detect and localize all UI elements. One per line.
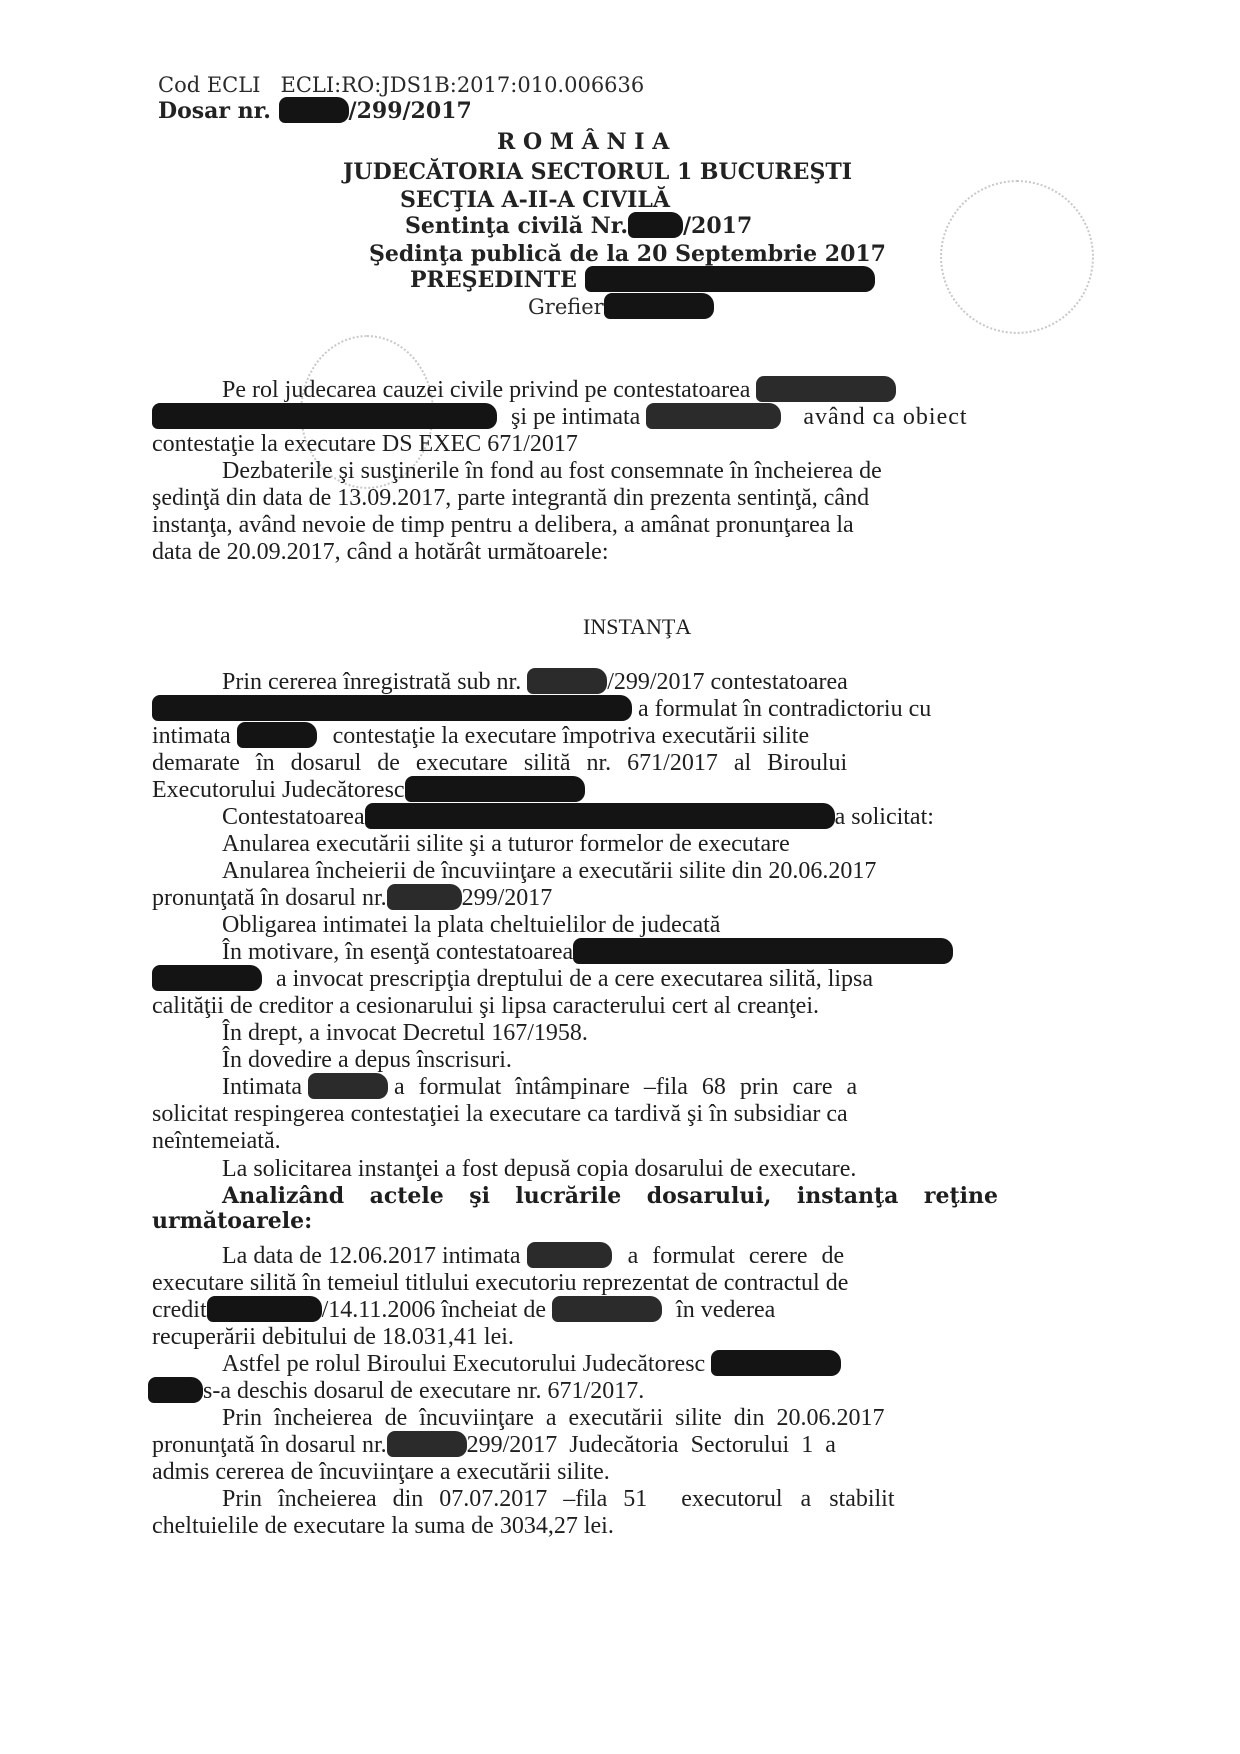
body-line: Prin cererea înregistrată sub nr. /299/2… [222,668,848,696]
ecli-label: Cod ECLI [158,73,260,97]
dosar-line: Dosar nr. /299/2017 [158,97,472,125]
court-name: JUDECĂTORIA SECTORUL 1 BUCUREŞTI [343,158,852,186]
redaction [527,1242,612,1268]
body-line: a invocat prescripţia dreptului de a cer… [152,965,873,993]
clerk: Grefier [528,293,714,320]
session-date: Şedinţa publică de la 20 Septembrie 2017 [369,240,886,268]
redaction [207,1296,322,1322]
redaction [237,722,317,748]
redaction [573,938,953,964]
redaction [585,266,875,292]
body-line: s-a deschis dosarul de executare nr. 671… [148,1377,644,1405]
body-line: recuperării debitului de 18.031,41 lei. [152,1323,514,1351]
body-line: În drept, a invocat Decretul 167/1958. [222,1019,588,1047]
intro-p2-line-2: şedinţă din data de 13.09.2017, parte in… [152,484,869,512]
dosar-suffix: /299/2017 [349,98,472,124]
redaction [365,803,835,829]
body-line: calităţii de creditor a cesionarului şi … [152,992,819,1020]
body-line: a formulat în contradictoriu cu [152,695,931,723]
redaction [279,97,349,123]
redaction [148,1377,203,1403]
redaction [387,1431,467,1457]
body-line: cheltuielile de executare la suma de 303… [152,1512,614,1540]
country-title: R O M Â N I A [497,128,669,156]
intro-p2-line-3: instanţa, având nevoie de timp pentru a … [152,511,854,539]
body-line: Astfel pe rolul Biroului Executorului Ju… [222,1350,841,1378]
redaction [387,884,462,910]
redaction [152,965,262,991]
body-line: solicitat respingerea contestaţiei la ex… [152,1100,848,1128]
redaction [308,1073,388,1099]
body-line: admis cererea de încuviinţare a executăr… [152,1458,610,1486]
request-2-cont: pronunţată în dosarul nr.299/2017 [152,884,552,912]
redaction [628,212,683,238]
redaction [527,668,607,694]
analysis-heading-cont: următoarele: [152,1207,312,1235]
body-line: demarate în dosarul de executare silită … [152,749,847,777]
body-line: Intimata a formulat întâmpinare –fila 68… [222,1073,857,1101]
body-line: Prin încheierea de încuviinţare a execut… [222,1404,884,1432]
intro-line-3: contestaţie la executare DS EXEC 671/201… [152,430,578,458]
ecli-line: Cod ECLI ECLI:RO:JDS1B:2017:010.006636 [158,72,644,98]
redaction [646,403,781,429]
request-1: Anularea executării silite şi a tuturor … [222,830,790,858]
body-line: La data de 12.06.2017 intimata a formula… [222,1242,844,1270]
redaction [152,695,632,721]
sentence-number: Sentinţa civilă Nr./2017 [405,212,752,240]
redaction [756,376,896,402]
body-line: pronunţată în dosarul nr.299/2017 Judecă… [152,1431,836,1459]
court-stamp-right [940,180,1094,334]
body-line: executare silită în temeiul titlului exe… [152,1269,848,1297]
court-section: SECŢIA A-II-A CIVILĂ [400,186,670,214]
intro-line-2: şi pe intimata având ca obiect [152,403,998,431]
intro-p2-line-4: data de 20.09.2017, când a hotărât următ… [152,538,608,566]
body-line: neîntemeiată. [152,1127,281,1155]
dosar-label: Dosar nr. [158,98,271,124]
body-line: În dovedire a depus înscrisuri. [222,1046,512,1074]
intro-line-1: Pe rol judecarea cauzei civile privind p… [222,376,896,404]
request-2: Anularea încheierii de încuviinţare a ex… [222,857,876,885]
body-line: Executorului Judecătoresc [152,776,585,804]
request-3: Obligarea intimatei la plata cheltuielil… [222,911,720,939]
body-line: Contestatoareaa solicitat: [222,803,934,831]
redaction [604,293,714,319]
section-title: INSTANŢA [583,613,691,641]
body-line: credit/14.11.2006 încheiat de în vederea [152,1296,775,1324]
ecli-value: ECLI:RO:JDS1B:2017:010.006636 [281,73,645,97]
body-line: La solicitarea instanţei a fost depusă c… [222,1155,856,1183]
body-line: Prin încheierea din 07.07.2017 –fila 51 … [222,1485,895,1513]
redaction [552,1296,662,1322]
body-line: În motivare, în esenţă contestatoarea [222,938,953,966]
intro-p2-line-1: Dezbaterile şi susţinerile în fond au fo… [222,457,882,485]
body-line: intimata contestaţie la executare împotr… [152,722,809,750]
redaction [405,776,585,802]
analysis-heading: Analizând actele şi lucrările dosarului,… [222,1182,998,1210]
president: PREŞEDINTE [410,266,875,294]
redaction [152,403,497,429]
redaction [711,1350,841,1376]
